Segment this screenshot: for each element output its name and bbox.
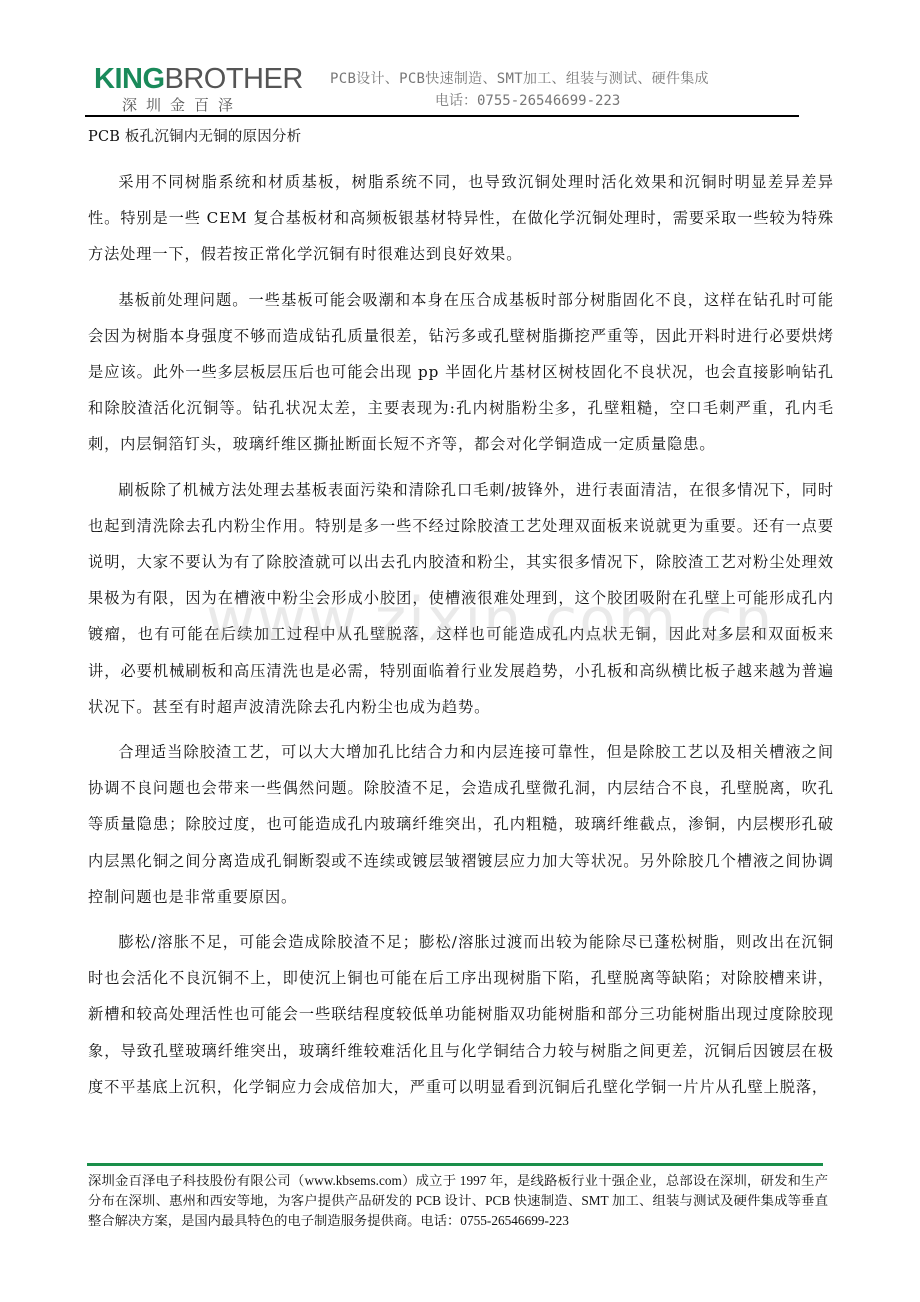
logo-wordmark: KINGBROTHER [94, 64, 303, 94]
logo-word-brother: BROTHER [165, 63, 303, 95]
footer-divider [87, 1163, 823, 1166]
paragraph-swelling: 膨松/溶胀不足，可能会造成除胶渣不足；膨松/溶胀过渡而出较为能除尽已蓬松树脂，则… [88, 924, 834, 1105]
paragraph-resin-systems: 采用不同树脂系统和材质基板，树脂系统不同，也导致沉铜处理时活化效果和沉铜时明显差… [88, 164, 834, 273]
kingbrother-logo: KINGBROTHER 深圳金百泽 [94, 64, 294, 114]
paragraph-desmear-process: 合理适当除胶渣工艺，可以大大增加孔比结合力和内层连接可靠性，但是除胶工艺以及相关… [88, 734, 834, 915]
header-tagline: PCB设计、PCB快速制造、SMT加工、组装与测试、硬件集成 [330, 68, 709, 88]
header-divider [85, 115, 799, 117]
page-header: KINGBROTHER 深圳金百泽 PCB设计、PCB快速制造、SMT加工、组装… [0, 0, 920, 120]
logo-chinese-name: 深圳金百泽 [122, 94, 242, 115]
document-title: PCB 板孔沉铜内无铜的原因分析 [88, 128, 301, 146]
header-phone: 电话：0755-26546699-223 [435, 90, 620, 110]
document-body: 采用不同树脂系统和材质基板，树脂系统不同，也导致沉铜处理时活化效果和沉铜时明显差… [88, 164, 834, 1114]
paragraph-substrate-pretreatment: 基板前处理问题。一些基板可能会吸潮和本身在压合成基板时部分树脂固化不良，这样在钻… [88, 282, 834, 463]
paragraph-brushing: 刷板除了机械方法处理去基板表面污染和清除孔口毛刺/披锋外，进行表面清洁，在很多情… [88, 472, 834, 725]
footer-company-info: 深圳金百泽电子科技股份有限公司（www.kbsems.com）成立于 1997 … [88, 1171, 828, 1231]
logo-word-king: KING [94, 63, 165, 95]
